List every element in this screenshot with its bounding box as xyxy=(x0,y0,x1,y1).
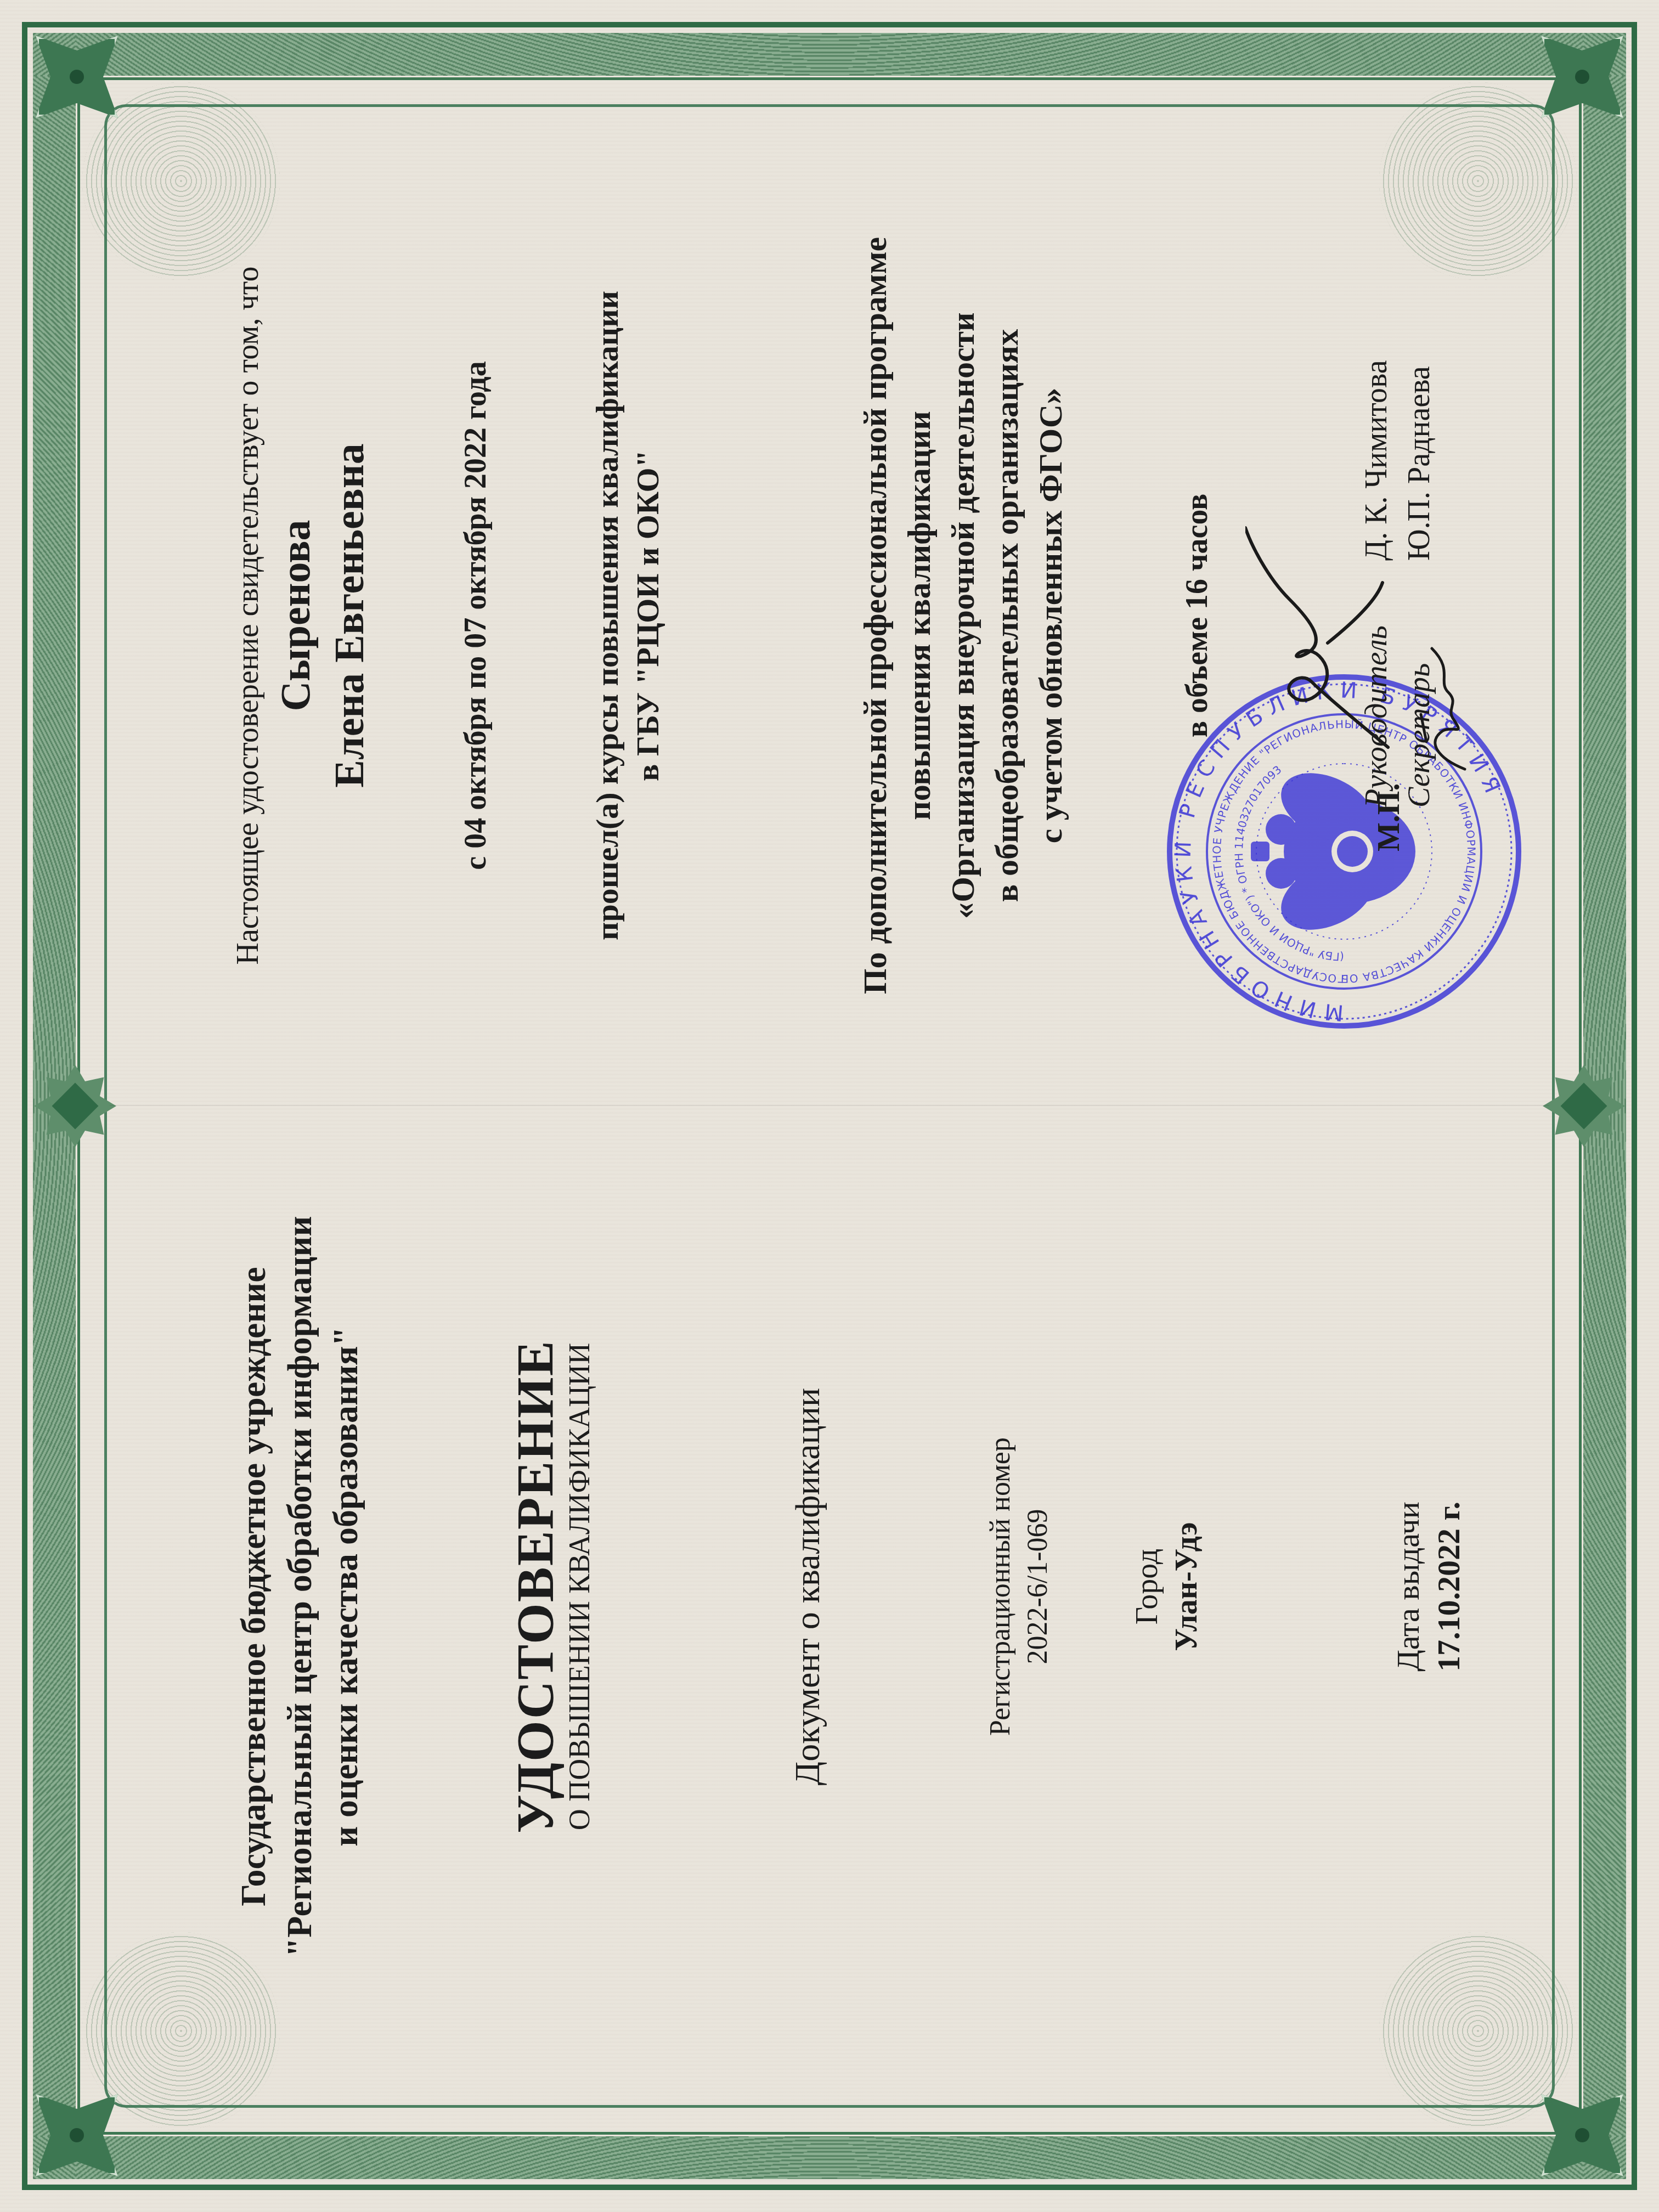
registration-label: Регистрационный номер xyxy=(982,1104,1019,2069)
issue-date-label: Дата выдачи xyxy=(1388,1104,1429,2069)
recipient-surname: Сыренова xyxy=(269,149,323,1082)
issue-date: Дата выдачи 17.10.2022 г. xyxy=(1388,1104,1469,2069)
rosette-icon xyxy=(34,1065,116,1147)
org-line-2: "Региональный центр обработки информации xyxy=(276,1104,323,2069)
city-value: Улан-Удэ xyxy=(1167,1104,1206,2069)
document-subtitle: О ПОВЫШЕНИИ КВАЛИФИКАЦИИ xyxy=(562,1104,596,2069)
rosette-icon xyxy=(1543,1065,1625,1147)
issuing-organization: Государственное бюджетное учреждение "Ре… xyxy=(230,1104,369,2069)
program-title: По дополнительной профессиональной прогр… xyxy=(853,149,1073,1082)
course-line-1: прошел(а) курсы повышения квалификации xyxy=(587,149,628,1082)
program-line-5: с учетом обновленных ФГОС» xyxy=(1029,149,1073,1082)
issue-date-value: 17.10.2022 г. xyxy=(1429,1104,1469,2069)
certificate-sheet: Государственное бюджетное учреждение "Ре… xyxy=(0,0,1659,2212)
registration-value: 2022-6/1-069 xyxy=(1019,1104,1057,2069)
recipient-given-names: Елена Евгеньевна xyxy=(323,149,376,1082)
program-line-2: повышения квалификации xyxy=(897,149,941,1082)
document-title: УДОСТОВЕРЕНИЕ xyxy=(505,1104,566,2069)
course-statement: прошел(а) курсы повышения квалификации в… xyxy=(587,149,668,1082)
org-line-1: Государственное бюджетное учреждение xyxy=(230,1104,276,2069)
signatory-roles: Руководитель Секретарь xyxy=(1355,625,1441,808)
recipient-name: Сыренова Елена Евгеньевна xyxy=(269,149,376,1082)
program-line-4: в общеобразовательных организациях xyxy=(985,149,1029,1082)
signatory-name: Ю.П. Раднаева xyxy=(1398,360,1441,561)
program-line-3: «Организация внеурочной деятельности xyxy=(941,149,985,1082)
document-type: Документ о квалификации xyxy=(787,1104,828,2069)
signatory-role: Секретарь xyxy=(1398,625,1441,808)
signatory-name: Д. К. Чимитова xyxy=(1355,360,1398,561)
city: Город Улан-Удэ xyxy=(1127,1104,1206,2069)
city-label: Город xyxy=(1127,1104,1167,2069)
signatory-role: Руководитель xyxy=(1355,625,1398,808)
course-period: с 04 октября по 07 октября 2022 года xyxy=(458,149,493,1082)
signatory-names: Д. К. Чимитова Ю.П. Раднаева xyxy=(1355,360,1441,561)
org-line-3: и оценки качества образования" xyxy=(323,1104,369,2069)
program-line-1: По дополнительной профессиональной прогр… xyxy=(853,149,897,1082)
course-line-2: в ГБУ "РЦОИ и ОКО" xyxy=(628,149,668,1082)
registration-number: Регистрационный номер 2022-6/1-069 xyxy=(982,1104,1057,2069)
certificate-intro: Настоящее удостоверение свидетельствует … xyxy=(230,149,266,1082)
